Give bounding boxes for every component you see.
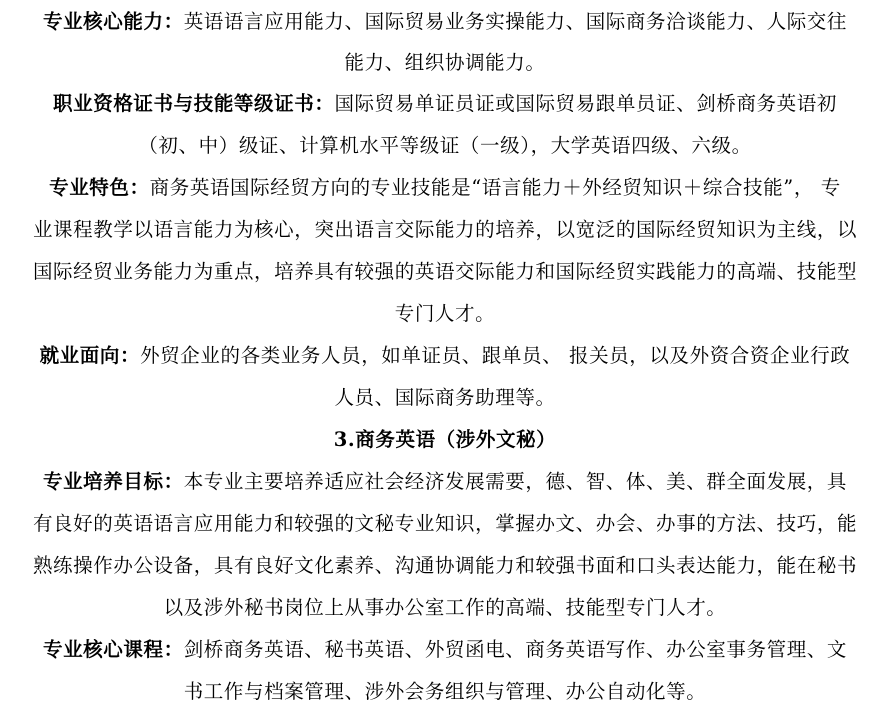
features-line-3: 国际经贸业务能力为重点，培养具有较强的英语交际能力和国际经贸实践能力的高端、技能…: [0, 251, 890, 293]
core-ability-label: 专业核心能力：: [43, 10, 184, 33]
features-label: 专业特色：: [49, 176, 150, 199]
certificates-text: 国际贸易单证员证或国际贸易跟单员证、剑桥商务英语初: [334, 92, 837, 115]
core-ability-line-1: 专业核心能力：英语语言应用能力、国际贸易业务实操能力、国际商务洽谈能力、人际交往: [0, 1, 890, 43]
features-text: 商务英语国际经贸方向的专业技能是“语言能力＋外经贸知识＋综合技能”， 专: [150, 176, 841, 199]
employment-text: 人员、国际商务助理等。: [334, 386, 555, 409]
training-goal-line-4: 以及涉外秘书岗位上从事办公室工作的高端、技能型专门人才。: [0, 587, 890, 629]
training-goal-line-2: 有良好的英语语言应用能力和较强的文秘专业知识，掌握办文、办会、办事的方法、技巧，…: [0, 503, 890, 545]
certificates-text: （初、中）级证、计算机水平等级证（一级），大学英语四级、六级。: [138, 134, 751, 157]
core-courses-text: 书工作与档案管理、涉外会务组织与管理、办公自动化等。: [184, 680, 707, 703]
training-goal-text: 熟练操作办公设备，具有良好文化素养、沟通协调能力和较强书面和口头表达能力，能在秘…: [33, 554, 857, 577]
core-ability-text: 英语语言应用能力、国际贸易业务实操能力、国际商务洽谈能力、人际交往: [184, 10, 847, 33]
employment-text: 外贸企业的各类业务人员，如单证员、跟单员、 报关员，以及外资合资企业行政: [140, 344, 850, 367]
employment-label: 就业面向：: [40, 344, 141, 367]
section-heading-text: 3.商务英语（涉外文秘）: [334, 428, 557, 451]
certificates-line-1: 职业资格证书与技能等级证书：国际贸易单证员证或国际贸易跟单员证、剑桥商务英语初: [0, 83, 890, 125]
training-goal-line-3: 熟练操作办公设备，具有良好文化素养、沟通协调能力和较强书面和口头表达能力，能在秘…: [0, 545, 890, 587]
training-goal-text: 本专业主要培养适应社会经济发展需要，德、智、体、美、群全面发展，具: [184, 470, 847, 493]
core-ability-line-2: 能力、组织协调能力。: [0, 42, 890, 84]
features-text: 专门人才。: [395, 302, 496, 325]
core-courses-line-2: 书工作与档案管理、涉外会务组织与管理、办公自动化等。: [0, 671, 890, 706]
document-page: 专业核心能力：英语语言应用能力、国际贸易业务实操能力、国际商务洽谈能力、人际交往…: [0, 0, 890, 706]
training-goal-text: 有良好的英语语言应用能力和较强的文秘专业知识，掌握办文、办会、办事的方法、技巧，…: [33, 512, 857, 535]
features-line-1: 专业特色：商务英语国际经贸方向的专业技能是“语言能力＋外经贸知识＋综合技能”， …: [0, 167, 890, 209]
certificates-label: 职业资格证书与技能等级证书：: [53, 92, 334, 115]
certificates-line-2: （初、中）级证、计算机水平等级证（一级），大学英语四级、六级。: [0, 125, 890, 167]
features-text: 业课程教学以语言能力为核心，突出语言交际能力的培养，以宽泛的国际经贸知识为主线，…: [33, 218, 857, 241]
features-text: 国际经贸业务能力为重点，培养具有较强的英语交际能力和国际经贸实践能力的高端、技能…: [33, 260, 857, 283]
training-goal-text: 以及涉外秘书岗位上从事办公室工作的高端、技能型专门人才。: [164, 596, 727, 619]
training-goal-label: 专业培养目标：: [43, 470, 184, 493]
core-ability-text: 能力、组织协调能力。: [344, 51, 545, 74]
features-line-4: 专门人才。: [0, 293, 890, 335]
section-heading: 3.商务英语（涉外文秘）: [0, 419, 890, 461]
core-courses-line-1: 专业核心课程：剑桥商务英语、秘书英语、外贸函电、商务英语写作、办公室事务管理、文: [0, 629, 890, 671]
core-courses-text: 剑桥商务英语、秘书英语、外贸函电、商务英语写作、办公室事务管理、文: [184, 638, 847, 661]
core-courses-label: 专业核心课程：: [43, 638, 184, 661]
training-goal-line-1: 专业培养目标：本专业主要培养适应社会经济发展需要，德、智、体、美、群全面发展，具: [0, 461, 890, 503]
features-line-2: 业课程教学以语言能力为核心，突出语言交际能力的培养，以宽泛的国际经贸知识为主线，…: [0, 209, 890, 251]
employment-line-1: 就业面向：外贸企业的各类业务人员，如单证员、跟单员、 报关员，以及外资合资企业行…: [0, 335, 890, 377]
employment-line-2: 人员、国际商务助理等。: [0, 377, 890, 419]
